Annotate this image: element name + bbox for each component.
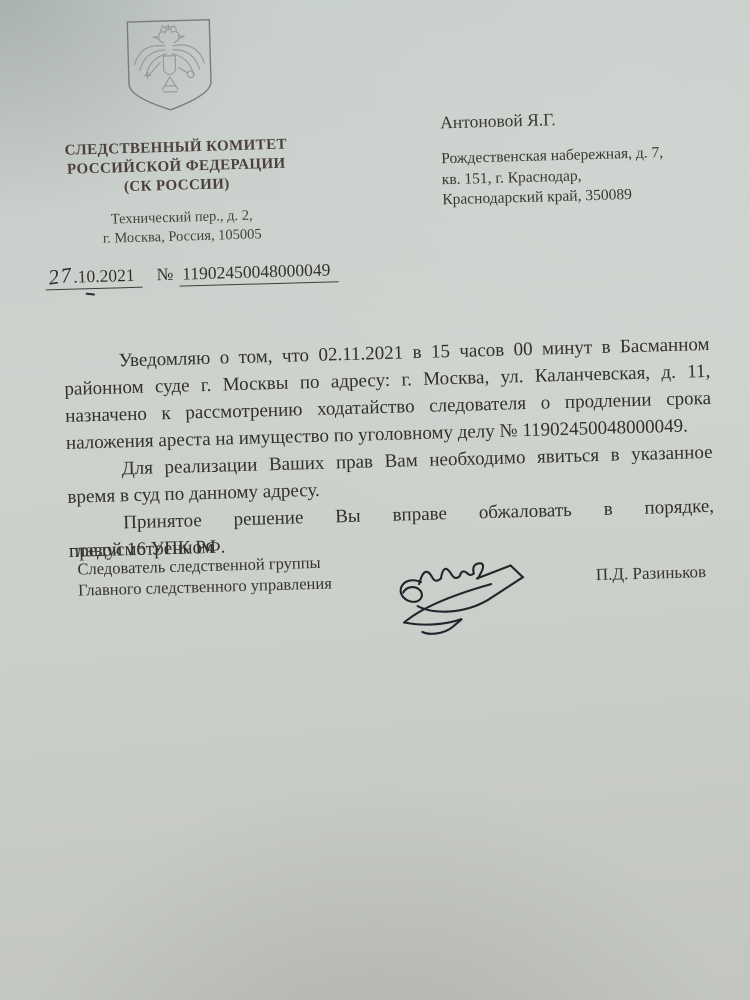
letter-sheet: СЛЕДСТВЕННЫЙ КОМИТЕТ РОССИЙСКОЙ ФЕДЕРАЦИ… — [0, 0, 750, 1000]
coat-of-arms-icon — [119, 16, 220, 117]
sender-address: Технический пер., д. 2, г. Москва, Росси… — [50, 205, 315, 250]
date-typed: .10.2021 — [73, 265, 135, 287]
signature-icon — [390, 526, 551, 648]
document-date: 27.10.2021 — [45, 265, 143, 291]
recipient-block: Антоновой Я.Г. Рождественская набережная… — [440, 105, 723, 211]
signer-position: Следователь следственной группы Главного… — [77, 550, 408, 600]
reference-line: 27.10.2021№11902450048000049 — [45, 253, 466, 290]
handwritten-day: 27 — [47, 262, 75, 290]
document-photo: СЛЕДСТВЕННЫЙ КОМИТЕТ РОССИЙСКОЙ ФЕДЕРАЦИ… — [0, 0, 750, 1000]
document-number: 11902450048000049 — [179, 259, 339, 286]
number-sign: № — [156, 264, 173, 284]
signer-name: П.Д. Разиньков — [596, 562, 707, 585]
recipient-name: Антоновой Я.Г. — [440, 105, 720, 134]
sender-org-name: СЛЕДСТВЕННЫЙ КОМИТЕТ РОССИЙСКОЙ ФЕДЕРАЦИ… — [44, 135, 309, 199]
letter-body: Уведомляю о том, что 02.11.2021 в 15 час… — [63, 331, 715, 565]
pen-stroke — [86, 293, 95, 296]
